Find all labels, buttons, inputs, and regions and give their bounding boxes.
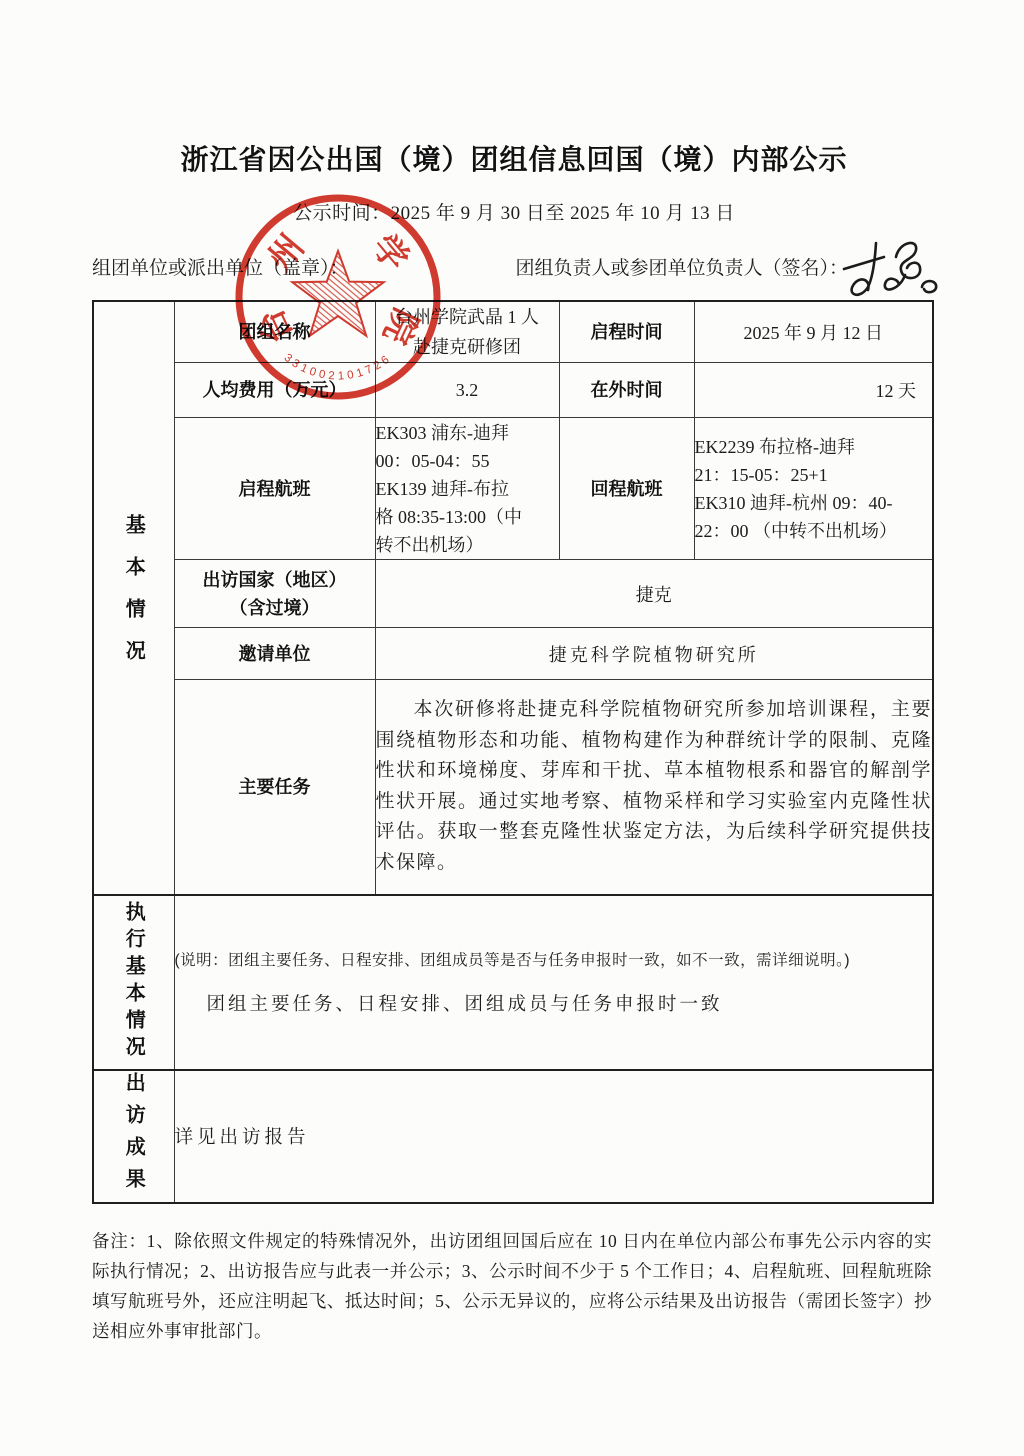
- countries-value: 捷克: [375, 560, 933, 628]
- results-cell: 详见出访报告: [174, 1070, 933, 1203]
- execution-content: 团组主要任务、日程安排、团组成员与任务申报时一致: [175, 990, 933, 1016]
- notice-table: 基本情况 团组名称 台州学院武晶 1 人 赴捷克研修团 启程时间 2025 年 …: [92, 300, 934, 1204]
- departure-time-value: 2025 年 9 月 12 日: [694, 301, 933, 363]
- tasks-label: 主要任务: [174, 680, 375, 895]
- execution-note: (说明：团组主要任务、日程安排、团组成员等是否与任务申报时一致，如不一致，需详细…: [175, 948, 933, 970]
- notice-document: 浙江省因公出国（境）团组信息回国（境）内部公示 公示时间：2025 年 9 月 …: [92, 0, 936, 1346]
- return-flight-label: 回程航班: [559, 418, 694, 560]
- table-row: 执行基本情况 (说明：团组主要任务、日程安排、团组成员等是否与任务申报时一致，如…: [93, 895, 933, 1070]
- outbound-flight-value: EK303 浦东-迪拜 00：05-04：55 EK139 迪拜-布拉 格 08…: [375, 418, 559, 560]
- execution-cell: (说明：团组主要任务、日程安排、团组成员等是否与任务申报时一致，如不一致，需详细…: [174, 895, 933, 1070]
- section-basic-label: 基本情况: [119, 514, 148, 682]
- return-flight-value: EK2239 布拉格-迪拜 21：15-05：25+1 EK310 迪拜-杭州 …: [694, 418, 933, 560]
- page-title: 浙江省因公出国（境）团组信息回国（境）内部公示: [92, 138, 936, 178]
- leader-signature-label: 团组负责人或参团单位负责人（签名）：: [515, 253, 936, 280]
- results-content: 详见出访报告: [175, 1123, 933, 1149]
- group-name-label: 团组名称: [174, 301, 375, 363]
- table-row: 基本情况 团组名称 台州学院武晶 1 人 赴捷克研修团 启程时间 2025 年 …: [93, 301, 933, 363]
- cost-label: 人均费用（万元）: [174, 363, 375, 418]
- group-name-value: 台州学院武晶 1 人 赴捷克研修团: [375, 301, 559, 363]
- table-row: 主要任务 本次研修将赴捷克科学院植物研究所参加培训课程，主要围绕植物形态和功能、…: [93, 680, 933, 895]
- section-results-label: 出访成果: [119, 1072, 148, 1200]
- publicity-period: 公示时间：2025 年 9 月 30 日至 2025 年 10 月 13 日: [92, 198, 936, 225]
- tasks-value: 本次研修将赴捷克科学院植物研究所参加培训课程，主要围绕植物形态和功能、植物构建作…: [376, 695, 933, 878]
- outbound-flight-label: 启程航班: [174, 418, 375, 560]
- section-execution-label: 执行基本情况: [119, 901, 148, 1063]
- org-unit-label: 组团单位或派出单位（盖章）：: [92, 253, 349, 280]
- tasks-cell: 本次研修将赴捷克科学院植物研究所参加培训课程，主要围绕植物形态和功能、植物构建作…: [375, 680, 933, 895]
- table-row: 人均费用（万元） 3.2 在外时间 12 天: [93, 363, 933, 418]
- departure-time-label: 启程时间: [559, 301, 694, 363]
- table-row: 出访成果 详见出访报告: [93, 1070, 933, 1203]
- table-row: 出访国家（地区） （含过境） 捷克: [93, 560, 933, 628]
- duration-label: 在外时间: [559, 363, 694, 418]
- duration-value: 12 天: [694, 363, 933, 418]
- section-basic-info: 基本情况: [93, 301, 174, 895]
- table-row: 启程航班 EK303 浦东-迪拜 00：05-04：55 EK139 迪拜-布拉…: [93, 418, 933, 560]
- cost-value: 3.2: [375, 363, 559, 418]
- countries-label: 出访国家（地区） （含过境）: [174, 560, 375, 628]
- remarks-text: 备注：1、除依照文件规定的特殊情况外，出访团组回国后应在 10 日内在单位内部公…: [92, 1226, 932, 1346]
- section-execution: 执行基本情况: [93, 895, 174, 1070]
- section-results: 出访成果: [93, 1070, 174, 1203]
- document-page: { "header": { "title": "浙江省因公出国（境）团组信息回国…: [0, 0, 1024, 1456]
- org-signature-line: 组团单位或派出单位（盖章）： 团组负责人或参团单位负责人（签名）：: [92, 253, 936, 280]
- inviter-value: 捷克科学院植物研究所: [375, 628, 933, 680]
- table-row: 邀请单位 捷克科学院植物研究所: [93, 628, 933, 680]
- inviter-label: 邀请单位: [174, 628, 375, 680]
